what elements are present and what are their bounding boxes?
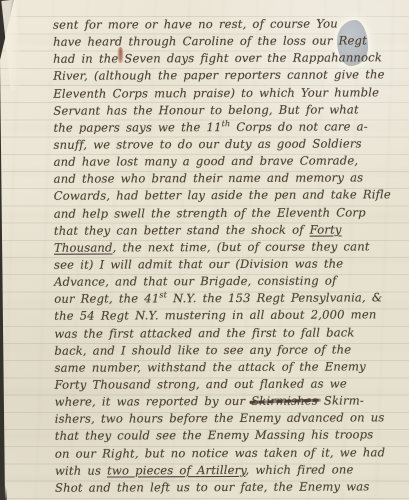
- handwritten-line: Forty Thousand strong, and out flanked a…: [55, 375, 407, 394]
- handwritten-line: snuff, we strove to do our duty as good …: [53, 135, 405, 154]
- letter-text: our Regt, the 41: [54, 292, 159, 306]
- handwritten-line: and help swell the strength of the Eleve…: [54, 204, 406, 223]
- handwritten-line: on our Right, but no notice was taken of…: [55, 444, 407, 463]
- handwritten-line: Servant has the Honour to belong, But fo…: [53, 101, 405, 120]
- scan-corner-shadow: [0, 486, 7, 500]
- handwritten-line: and have lost many a good and brave Comr…: [54, 152, 406, 171]
- letter-text: and those who brand their name and memor…: [54, 171, 364, 186]
- letter-text: where, it was reported by our: [55, 394, 252, 409]
- letter-text: , which fired one: [245, 462, 353, 476]
- handwritten-line: that they could see the Enemy Massing hi…: [55, 427, 407, 446]
- letter-text: on our Right, but no notice was taken of…: [55, 445, 385, 460]
- letter-text: st: [159, 291, 167, 300]
- letter-text: sent for more or have no rest, of course…: [53, 17, 338, 32]
- handwritten-line: same number, withstand the attack of the…: [54, 358, 406, 377]
- letter-text: had in the Seven days fight over the Rap…: [53, 51, 382, 66]
- handwritten-line: Eleventh Corps much praise) to which You…: [53, 84, 405, 103]
- letter-text: the papers says we the 11: [53, 120, 221, 135]
- letter-text: ishers, two hours before the Enemy advan…: [55, 411, 385, 426]
- letter-text: see it) I will admit that our (Division …: [54, 256, 343, 271]
- handwritten-line: sent for more or have no rest, of course…: [53, 15, 405, 34]
- letter-text: Advance, and that our Brigade, consistin…: [54, 274, 336, 289]
- handwritten-line: Cowards, had better lay aside the pen an…: [54, 187, 406, 206]
- handwritten-line: that they can better stand the shock of …: [54, 221, 406, 240]
- letter-text: that they can better stand the shock of: [54, 222, 310, 237]
- handwritten-line: the 54 Regt N.Y. mustering in all about …: [54, 307, 406, 326]
- underlined-text: Thousand: [54, 240, 113, 254]
- letter-body: sent for more or have no rest, of course…: [53, 15, 407, 496]
- letter-text: that they could see the Enemy Massing hi…: [55, 428, 374, 443]
- handwritten-line: and those who brand their name and memor…: [54, 169, 406, 188]
- handwritten-line: ishers, two hours before the Enemy advan…: [55, 409, 407, 428]
- letter-text: Corps do not care a-: [230, 119, 368, 134]
- handwritten-line: River, (although the paper reporters can…: [53, 67, 405, 86]
- letter-text: snuff, we strove to do our duty as good …: [53, 136, 361, 151]
- underlined-text: two pieces of Artillery: [107, 463, 245, 478]
- letter-text: same number, withstand the attack of the…: [54, 359, 365, 374]
- handwritten-line: with us two pieces of Artillery, which f…: [55, 461, 407, 480]
- handwritten-line: Shot and then left us to our fate, the E…: [55, 478, 407, 497]
- letter-text: Cowards, had better lay aside the pen an…: [54, 188, 391, 203]
- letter-text: back, and I should like to see any force…: [54, 342, 351, 357]
- handwritten-line: Advance, and that our Brigade, consistin…: [54, 272, 406, 291]
- letter-text: Shot and then left us to our fate, the E…: [55, 479, 369, 494]
- letter-text: the 54 Regt N.Y. mustering in all about …: [54, 308, 376, 323]
- handwritten-line: Thousand, the next time, (but of course …: [54, 238, 406, 257]
- handwritten-line: the papers says we the 11th Corps do not…: [53, 118, 405, 137]
- handwritten-line: see it) I will admit that our (Division …: [54, 255, 406, 274]
- handwritten-line: back, and I should like to see any force…: [54, 341, 406, 360]
- letter-text: was the first attacked and the first to …: [54, 325, 354, 340]
- letter-text: and have lost many a good and brave Comr…: [54, 154, 359, 169]
- handwritten-line: was the first attacked and the first to …: [54, 324, 406, 343]
- letter-text: Skirm-: [318, 394, 364, 408]
- letter-text: , the next time, (but of course they can…: [113, 239, 370, 254]
- handwritten-line: our Regt, the 41st N.Y. the 153 Regt Pen…: [54, 289, 406, 308]
- letter-scan: sent for more or have no rest, of course…: [0, 0, 409, 500]
- underlined-text: Forty: [310, 222, 342, 236]
- letter-text: Forty Thousand strong, and out flanked a…: [55, 376, 347, 391]
- handwritten-line: where, it was reported by our Skirmishes…: [55, 392, 407, 411]
- letter-text: River, (although the paper reporters can…: [53, 68, 384, 83]
- handwritten-line: have heard through Caroline of the loss …: [53, 32, 405, 51]
- handwritten-line: had in the Seven days fight over the Rap…: [53, 50, 405, 69]
- letter-text: Eleventh Corps much praise) to which You…: [53, 85, 379, 100]
- struck-out-word: Skirmishes: [251, 394, 318, 408]
- letter-text: Servant has the Honour to belong, But fo…: [53, 102, 358, 117]
- letter-text: N.Y. the 153 Regt Pensylvania, &: [167, 291, 382, 306]
- letter-text: with us: [55, 463, 107, 477]
- letter-text: and help swell the strength of the Eleve…: [54, 205, 366, 220]
- letter-text: th: [222, 119, 231, 128]
- letter-text: have heard through Caroline of the loss …: [53, 34, 367, 49]
